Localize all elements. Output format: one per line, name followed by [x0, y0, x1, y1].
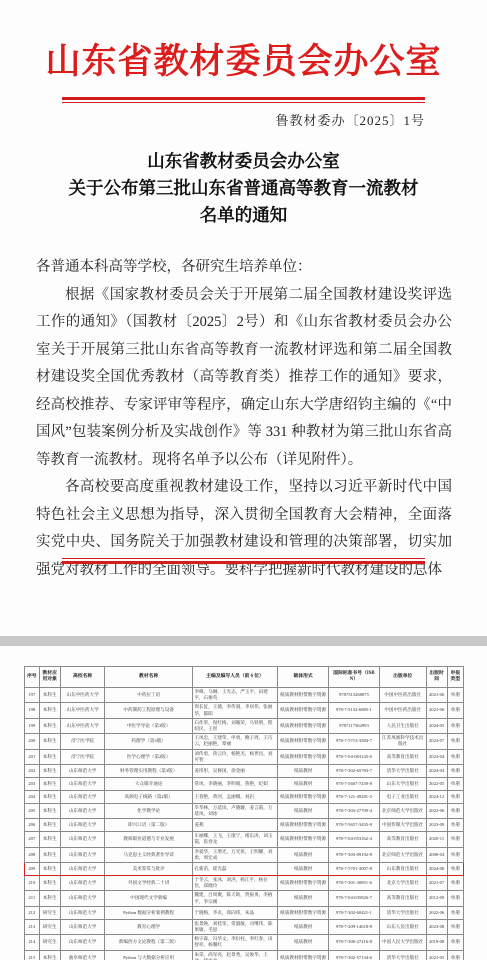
- letterhead-rule: [62, 97, 425, 103]
- cell-format: 纸质教材附带数字资源: [278, 906, 329, 919]
- column-header-0: 序号: [25, 667, 40, 688]
- salutation: 各普通本科高等学校，各研究生培养单位：: [36, 254, 452, 282]
- cell-type: 单册: [447, 734, 463, 749]
- cell-editors: 孔新苗，霍光磊: [192, 863, 277, 876]
- cell-no: 212: [25, 906, 40, 919]
- cell-date: 2021-06: [426, 688, 447, 703]
- cell-university: 山东师范大学: [60, 819, 105, 832]
- cell-university: 山东师范大学: [60, 876, 105, 891]
- cell-target: 本科生: [39, 703, 60, 718]
- cell-title: Python 与大数据分析应用: [105, 950, 192, 960]
- cell-no: 198: [25, 703, 40, 718]
- cell-date: 2022-05: [426, 777, 447, 790]
- table-row: 200本科生济宁医学院药理学（第3版）王凤忠，王建荣，申勇，鲍子周，王巧云，赵丽…: [25, 734, 464, 749]
- cell-publisher: 高等教育出版社: [379, 749, 426, 764]
- notice-body: 各普通本科高等学校，各研究生培养单位： 根据《国家教材委员会关于开展第二届全国教…: [36, 254, 452, 584]
- cell-format: 纸质教材附带数字资源: [278, 819, 329, 832]
- notice-title-line-2: 关于公布第三批山东省普通高等教育一流教材: [20, 175, 467, 202]
- table-row: 208本科生山东师范大学马克思主义经典著作导读李爱华，王增光，万光侠，王明耀，刘…: [25, 847, 464, 862]
- cell-type: 单册: [447, 803, 463, 818]
- cell-date: 2019-08: [426, 935, 447, 950]
- cell-no: 207: [25, 832, 40, 847]
- cell-university: 山东师范大学: [60, 847, 105, 862]
- cell-target: 本科生: [39, 777, 60, 790]
- cell-isbn: 978-7-302-65783-7: [329, 764, 380, 777]
- attachment-table-wrap: 序号教材应用对象高校名称教材名称主编及编写人员（前 6 位）载体形式国际标准书号…: [24, 666, 464, 960]
- cell-editors: 毕华林，万延岚，卢晓璇，姜言霞，万延凤，刘冰: [192, 803, 277, 818]
- cell-no: 210: [25, 876, 40, 891]
- cell-no: 202: [25, 764, 40, 777]
- cell-publisher: 江苏凤凰科学技术出版社: [379, 734, 426, 749]
- cell-isbn: 978-7-209-14618-8: [329, 919, 380, 934]
- cell-university: 山东师范大学: [60, 919, 105, 934]
- cell-publisher: 清华大学出版社: [379, 906, 426, 919]
- cell-editors: 魏建，吕周聚，陈天助，贾振勇，李掖平，李宗刚: [192, 891, 277, 906]
- cell-target: 本科生: [39, 790, 60, 803]
- cell-target: 本科生: [39, 847, 60, 862]
- table-row: 203本科生山东师范大学大众媒介通论常凤，李晓丽，李明娟，鲁艳，纪娟纸质教材97…: [25, 777, 464, 790]
- cell-publisher: 山东大学出版社: [379, 777, 426, 790]
- cell-target: 本科生: [39, 718, 60, 733]
- page-divider: [0, 636, 487, 646]
- cell-publisher: 高等教育出版社: [379, 832, 426, 847]
- cell-publisher: 中国人民大学出版社: [379, 935, 426, 950]
- cell-format: 纸质教材: [278, 863, 329, 876]
- table-row: 202本科生山东师范大学财务管理实用教程（第3版）姜彤彤，吴修国，徐金丽纸质教材…: [25, 764, 464, 777]
- cell-isbn: 978-7-302-60421-1: [329, 906, 380, 919]
- column-header-2: 高校名称: [60, 667, 105, 688]
- cell-format: 纸质教材: [278, 919, 329, 934]
- cell-publisher: 北京师范大学出版社: [379, 847, 426, 862]
- cell-format: 纸质教材附带数字资源: [278, 688, 329, 703]
- cell-format: 纸质教材附带数字资源: [278, 718, 329, 733]
- cell-type: 单册: [447, 863, 463, 876]
- cell-format: 纸质教材附带数字资源: [278, 734, 329, 749]
- cell-format: 纸质教材: [278, 847, 329, 862]
- cell-no: 213: [25, 919, 40, 934]
- cell-isbn: 978-7-04-053162-4: [329, 832, 380, 847]
- table-row: 210本科生山东师范大学外国文学经典二十讲于冬云，张冰，刘洪，杨江平，杨位俭，郑…: [25, 876, 464, 891]
- cell-publisher: 中国中医药出版社: [379, 703, 426, 718]
- cell-target: 本科生: [39, 734, 60, 749]
- cell-format: 纸质教材附带数字资源: [278, 703, 329, 718]
- table-row: 213研究生山东师范大学教育心理学张景焕，刘桂荣，常淑敏，司继伟，陈果敏，毛思纸…: [25, 919, 464, 934]
- cell-publisher: 北京大学出版社: [379, 876, 426, 891]
- cell-date: 2023-09: [426, 819, 447, 832]
- notice-title-line-1: 山东省教材委员会办公室: [20, 148, 467, 175]
- cell-editors: 于冬云，张冰，刘洪，杨江平，杨位俭，郑晓玲: [192, 876, 277, 891]
- cell-university: 山东中医药大学: [60, 703, 105, 718]
- table-row: 197本科生山东中医药大学中药拉丁语李峰，马琳，王光志，严玉平，田建平，石俊英纸…: [25, 688, 464, 703]
- column-header-5: 载体形式: [278, 667, 329, 688]
- cell-isbn: 978-7-5701-3007-8: [329, 863, 380, 876]
- cell-title: 教育心理学: [105, 919, 192, 934]
- cell-type: 单册: [447, 935, 463, 950]
- table-row: 201本科生济宁医学院医学心理学（第2版）刘传勇，蒋云玲，杨艳杰，杨世昌，刘可智…: [25, 749, 464, 764]
- cell-editors: 姜彤彤，吴修国，徐金丽: [192, 764, 277, 777]
- cell-type: 单册: [447, 906, 463, 919]
- table-row: 209本科生山东师范大学美术鉴赏与批评孔新苗，霍光磊纸质教材978-7-5701…: [25, 863, 464, 876]
- cell-title: 外国文学经典二十讲: [105, 876, 192, 891]
- table-header-row: 序号教材应用对象高校名称教材名称主编及编写人员（前 6 位）载体形式国际标准书号…: [25, 667, 464, 688]
- cell-format: 纸质教材: [278, 803, 329, 818]
- cell-title: 美术鉴赏与批评: [105, 863, 192, 876]
- cell-title: 即兴口语（第二版）: [105, 819, 192, 832]
- cell-title: 教师职业道德与专业发展: [105, 832, 192, 847]
- cell-date: 2023-04: [426, 749, 447, 764]
- cell-university: 济宁医学院: [60, 734, 105, 749]
- cell-isbn: 978-7-5713-3584-7: [329, 734, 380, 749]
- cell-title: Python 数据分析案例教程: [105, 906, 192, 919]
- cell-university: 山东师范大学: [60, 777, 105, 790]
- cell-target: 本科生: [39, 749, 60, 764]
- cell-isbn: 978-7-5132-6885-1: [329, 703, 380, 718]
- cell-no: 205: [25, 803, 40, 818]
- closing-rule: [62, 558, 425, 564]
- cell-publisher: 清华大学出版社: [379, 950, 426, 960]
- cell-date: 2021-06: [426, 703, 447, 718]
- cell-date: 2021-05: [426, 950, 447, 960]
- body-paragraph-2: 各高校要高度重视教材建设工作，坚持以习近平新时代中国特色社会主义思想为指导，深入…: [36, 474, 452, 584]
- cell-publisher: 电子工业出版社: [379, 790, 426, 803]
- cell-publisher: 中国传媒大学出版社: [379, 819, 426, 832]
- table-row: 215本科生曲阜师范大学Python 与大数据分析应用朱荣，尚军亮，赵景秀，吴俊…: [25, 950, 464, 960]
- table-row: 207本科生山东师范大学教师职业道德与专业发展车丽娜，王飞，王康宁，褚东涛，刘玉…: [25, 832, 464, 847]
- cell-date: 2023-07: [426, 734, 447, 749]
- cell-university: 山东师范大学: [60, 764, 105, 777]
- cell-type: 单册: [447, 832, 463, 847]
- cell-isbn: 978-7-302-57134-6: [329, 950, 380, 960]
- cell-editors: 刘传勇，蒋云玲，杨艳杰，杨世昌，刘可智: [192, 749, 277, 764]
- cell-title: 中国现代文学新编: [105, 891, 192, 906]
- cell-target: 本科生: [39, 891, 60, 906]
- cell-title: 中药拉丁语: [105, 688, 192, 703]
- cell-isbn: 978-7-303-27709-4: [329, 803, 380, 818]
- cell-title: 高频电子线路（第2版）: [105, 790, 192, 803]
- table-row: 199本科生山东中医药大学中医学导论（第3版）石作荣，倪红梅，刘雁荣，马铁明，程…: [25, 718, 464, 733]
- letterhead-title: 山东省教材委员会办公室: [0, 34, 487, 84]
- cell-isbn: 978-7-5657-3435-9: [329, 819, 380, 832]
- cell-university: 山东中医药大学: [60, 688, 105, 703]
- cell-target: 本科生: [39, 803, 60, 818]
- cell-no: 209: [25, 863, 40, 876]
- cell-title: 药理学（第3版）: [105, 734, 192, 749]
- cell-type: 单册: [447, 847, 463, 862]
- table-row: 206本科生山东师范大学即兴口语（第二版）姜燕纸质教材附带数字资源978-7-5…: [25, 819, 464, 832]
- cell-editors: 王凤忠，王建荣，申勇，鲍子周，王巧云，赵丽艳，覃丽: [192, 734, 277, 749]
- cell-no: 203: [25, 777, 40, 790]
- cell-university: 山东中医药大学: [60, 718, 105, 733]
- cell-university: 山东师范大学: [60, 832, 105, 847]
- cell-editors: 常凤，李晓丽，李明娟，鲁艳，纪娟: [192, 777, 277, 790]
- cell-date: 2023-08: [426, 919, 447, 934]
- cell-date: 2024-12: [426, 790, 447, 803]
- cell-editors: 于晓梅，李贞，郑向伟，朱晶: [192, 906, 277, 919]
- column-header-8: 出版时间: [426, 667, 447, 688]
- cell-title: 新编西方文论教程（第二版）: [105, 935, 192, 950]
- cell-target: 本科生: [39, 876, 60, 891]
- cell-editors: 杨守森，冯华文，李衍柱，李红春，田智祥，杨馨红: [192, 935, 277, 950]
- table-row: 204本科生山东师范大学高频电子线路（第2版）王春艳，黄河，孟丽娜，刘岩纸质教材…: [25, 790, 464, 803]
- table-body: 197本科生山东中医药大学中药拉丁语李峰，马琳，王光志，严玉平，田建平，石俊英纸…: [25, 688, 464, 960]
- cell-university: 山东师范大学: [60, 906, 105, 919]
- cell-format: 纸质教材: [278, 935, 329, 950]
- cell-university: 山东师范大学: [60, 803, 105, 818]
- cell-no: 208: [25, 847, 40, 862]
- cell-date: 2024-05: [426, 718, 447, 733]
- cell-publisher: 中国中医药出版社: [379, 688, 426, 703]
- cell-format: 纸质教材附带数字资源: [278, 832, 329, 847]
- cell-no: 215: [25, 950, 40, 960]
- cell-no: 200: [25, 734, 40, 749]
- body-paragraph-1: 根据《国家教材委员会关于开展第二届全国教材建设奖评选工作的通知》（国教材〔202…: [36, 282, 452, 475]
- cell-format: 纸质教材: [278, 764, 329, 777]
- cell-type: 单册: [447, 819, 463, 832]
- column-header-1: 教材应用对象: [39, 667, 60, 688]
- cell-isbn: 978-7-04-063145-6: [329, 749, 380, 764]
- cell-no: 214: [25, 935, 40, 950]
- cell-date: 2022-06: [426, 906, 447, 919]
- cell-format: 纸质教材: [278, 891, 329, 906]
- cell-editors: 李峰，马琳，王光志，严玉平，田建平，石俊英: [192, 688, 277, 703]
- cell-format: 纸质教材附带数字资源: [278, 950, 329, 960]
- cell-isbn: 978-7-04-035826-7: [329, 891, 380, 906]
- cell-editors: 李爱华，王增光，万光侠，王明耀，刘勇，周宏成: [192, 847, 277, 862]
- cell-target: 本科生: [39, 832, 60, 847]
- cell-type: 单册: [447, 919, 463, 934]
- cell-university: 曲阜师范大学: [60, 950, 105, 960]
- column-header-9: 申报类型: [447, 667, 463, 688]
- document-page: 山东省教材委员会办公室 鲁教材委办〔2025〕1号 山东省教材委员会办公室 关于…: [0, 0, 487, 960]
- cell-isbn: 978-7-300-27216-8: [329, 935, 380, 950]
- cell-format: 纸质教材附带数字资源: [278, 790, 329, 803]
- cell-format: 纸质教材: [278, 777, 329, 790]
- cell-title: 财务管理实用教程（第3版）: [105, 764, 192, 777]
- cell-type: 单册: [447, 764, 463, 777]
- cell-title: 化学教学论: [105, 803, 192, 818]
- cell-isbn: 9787117362993: [329, 718, 380, 733]
- cell-type: 单册: [447, 777, 463, 790]
- cell-date: 2008-04: [426, 847, 447, 862]
- cell-editors: 张景焕，刘桂荣，常淑敏，司继伟，陈果敏，毛思: [192, 919, 277, 934]
- cell-format: 纸质教材附带数字资源: [278, 876, 329, 891]
- cell-date: 2020-11: [426, 832, 447, 847]
- column-header-3: 教材名称: [105, 667, 192, 688]
- notice-title-line-3: 名单的通知: [20, 202, 467, 229]
- cell-no: 206: [25, 819, 40, 832]
- table-row: 214研究生山东师范大学新编西方文论教程（第二版）杨守森，冯华文，李衍柱，李红春…: [25, 935, 464, 950]
- cell-type: 单册: [447, 950, 463, 960]
- cell-title: 大众媒介通论: [105, 777, 192, 790]
- cell-isbn: 978-7-301-30851-6: [329, 876, 380, 891]
- cell-editors: 周长征，王储，李传润，李居伟，张丽华，都阳: [192, 703, 277, 718]
- cell-title: 中药制药工程原理与设备: [105, 703, 192, 718]
- cell-university: 山东师范大学: [60, 863, 105, 876]
- cell-no: 199: [25, 718, 40, 733]
- cell-target: 本科生: [39, 950, 60, 960]
- cell-university: 山东师范大学: [60, 790, 105, 803]
- table-row: 205本科生山东师范大学化学教学论毕华林，万延岚，卢晓璇，姜言霞，万延凤，刘冰纸…: [25, 803, 464, 818]
- cell-publisher: 北京师范大学出版社: [379, 803, 426, 818]
- cell-title: 中医学导论（第3版）: [105, 718, 192, 733]
- cell-university: 山东师范大学: [60, 935, 105, 950]
- cell-publisher: 清华大学出版社: [379, 764, 426, 777]
- cell-isbn: 978-7-303-09192-8: [329, 847, 380, 862]
- table-row: 198本科生山东中医药大学中药制药工程原理与设备周长征，王储，李传润，李居伟，张…: [25, 703, 464, 718]
- column-header-6: 国际标准书号（ISBN）: [329, 667, 380, 688]
- column-header-4: 主编及编写人员（前 6 位）: [192, 667, 277, 688]
- cell-publisher: 人民卫生出版社: [379, 718, 426, 733]
- cell-date: 2024-06: [426, 863, 447, 876]
- cell-target: 研究生: [39, 919, 60, 934]
- cell-no: 197: [25, 688, 40, 703]
- cell-publisher: 山东人民出版社: [379, 919, 426, 934]
- cell-editors: 石作荣，倪红梅，刘雁荣，马铁明，程绍民，王彤: [192, 718, 277, 733]
- cell-type: 单册: [447, 688, 463, 703]
- cell-university: 山东师范大学: [60, 891, 105, 906]
- doc-number: 鲁教材委办〔2025〕1号: [275, 110, 425, 129]
- cell-date: 2012-09: [426, 891, 447, 906]
- cell-publisher: 高等教育出版社: [379, 891, 426, 906]
- cell-isbn: 9787513268875: [329, 688, 380, 703]
- cell-format: 纸质教材附带数字资源: [278, 749, 329, 764]
- cell-no: 201: [25, 749, 40, 764]
- cell-isbn: 978-7-121-49281-5: [329, 790, 380, 803]
- cell-target: 研究生: [39, 935, 60, 950]
- cell-target: 本科生: [39, 863, 60, 876]
- cell-editors: 姜燕: [192, 819, 277, 832]
- cell-type: 单册: [447, 790, 463, 803]
- cell-date: 2022-06: [426, 803, 447, 818]
- cell-editors: 王春艳，黄河，孟丽娜，刘岩: [192, 790, 277, 803]
- cell-type: 单册: [447, 891, 463, 906]
- cell-editors: 车丽娜，王飞，王康宁，褚东涛，刘玉霞，崔春龙: [192, 832, 277, 847]
- table-row: 211本科生山东师范大学中国现代文学新编魏建，吕周聚，陈天助，贾振勇，李掖平，李…: [25, 891, 464, 906]
- cell-isbn: 978-7-5607-7439-8: [329, 777, 380, 790]
- cell-type: 单册: [447, 703, 463, 718]
- cell-no: 204: [25, 790, 40, 803]
- cell-publisher: 山东教育出版社: [379, 863, 426, 876]
- column-header-7: 出版单位: [379, 667, 426, 688]
- notice-title: 山东省教材委员会办公室 关于公布第三批山东省普通高等教育一流教材 名单的通知: [20, 148, 467, 229]
- cell-no: 211: [25, 891, 40, 906]
- cell-type: 单册: [447, 876, 463, 891]
- table-row: 212研究生山东师范大学Python 数据分析案例教程于晓梅，李贞，郑向伟，朱晶…: [25, 906, 464, 919]
- cell-type: 单册: [447, 749, 463, 764]
- cell-date: 2021-07: [426, 876, 447, 891]
- cell-title: 马克思主义经典著作导读: [105, 847, 192, 862]
- attachment-table: 序号教材应用对象高校名称教材名称主编及编写人员（前 6 位）载体形式国际标准书号…: [24, 666, 464, 960]
- cell-university: 济宁医学院: [60, 749, 105, 764]
- cell-type: 单册: [447, 718, 463, 733]
- cell-target: 本科生: [39, 764, 60, 777]
- cell-target: 本科生: [39, 688, 60, 703]
- cell-target: 本科生: [39, 819, 60, 832]
- cell-editors: 朱荣，尚军亮，赵景秀，吴俊华，王冰，代成龙: [192, 950, 277, 960]
- cell-title: 医学心理学（第2版）: [105, 749, 192, 764]
- cell-date: 2024-04: [426, 764, 447, 777]
- cell-target: 研究生: [39, 906, 60, 919]
